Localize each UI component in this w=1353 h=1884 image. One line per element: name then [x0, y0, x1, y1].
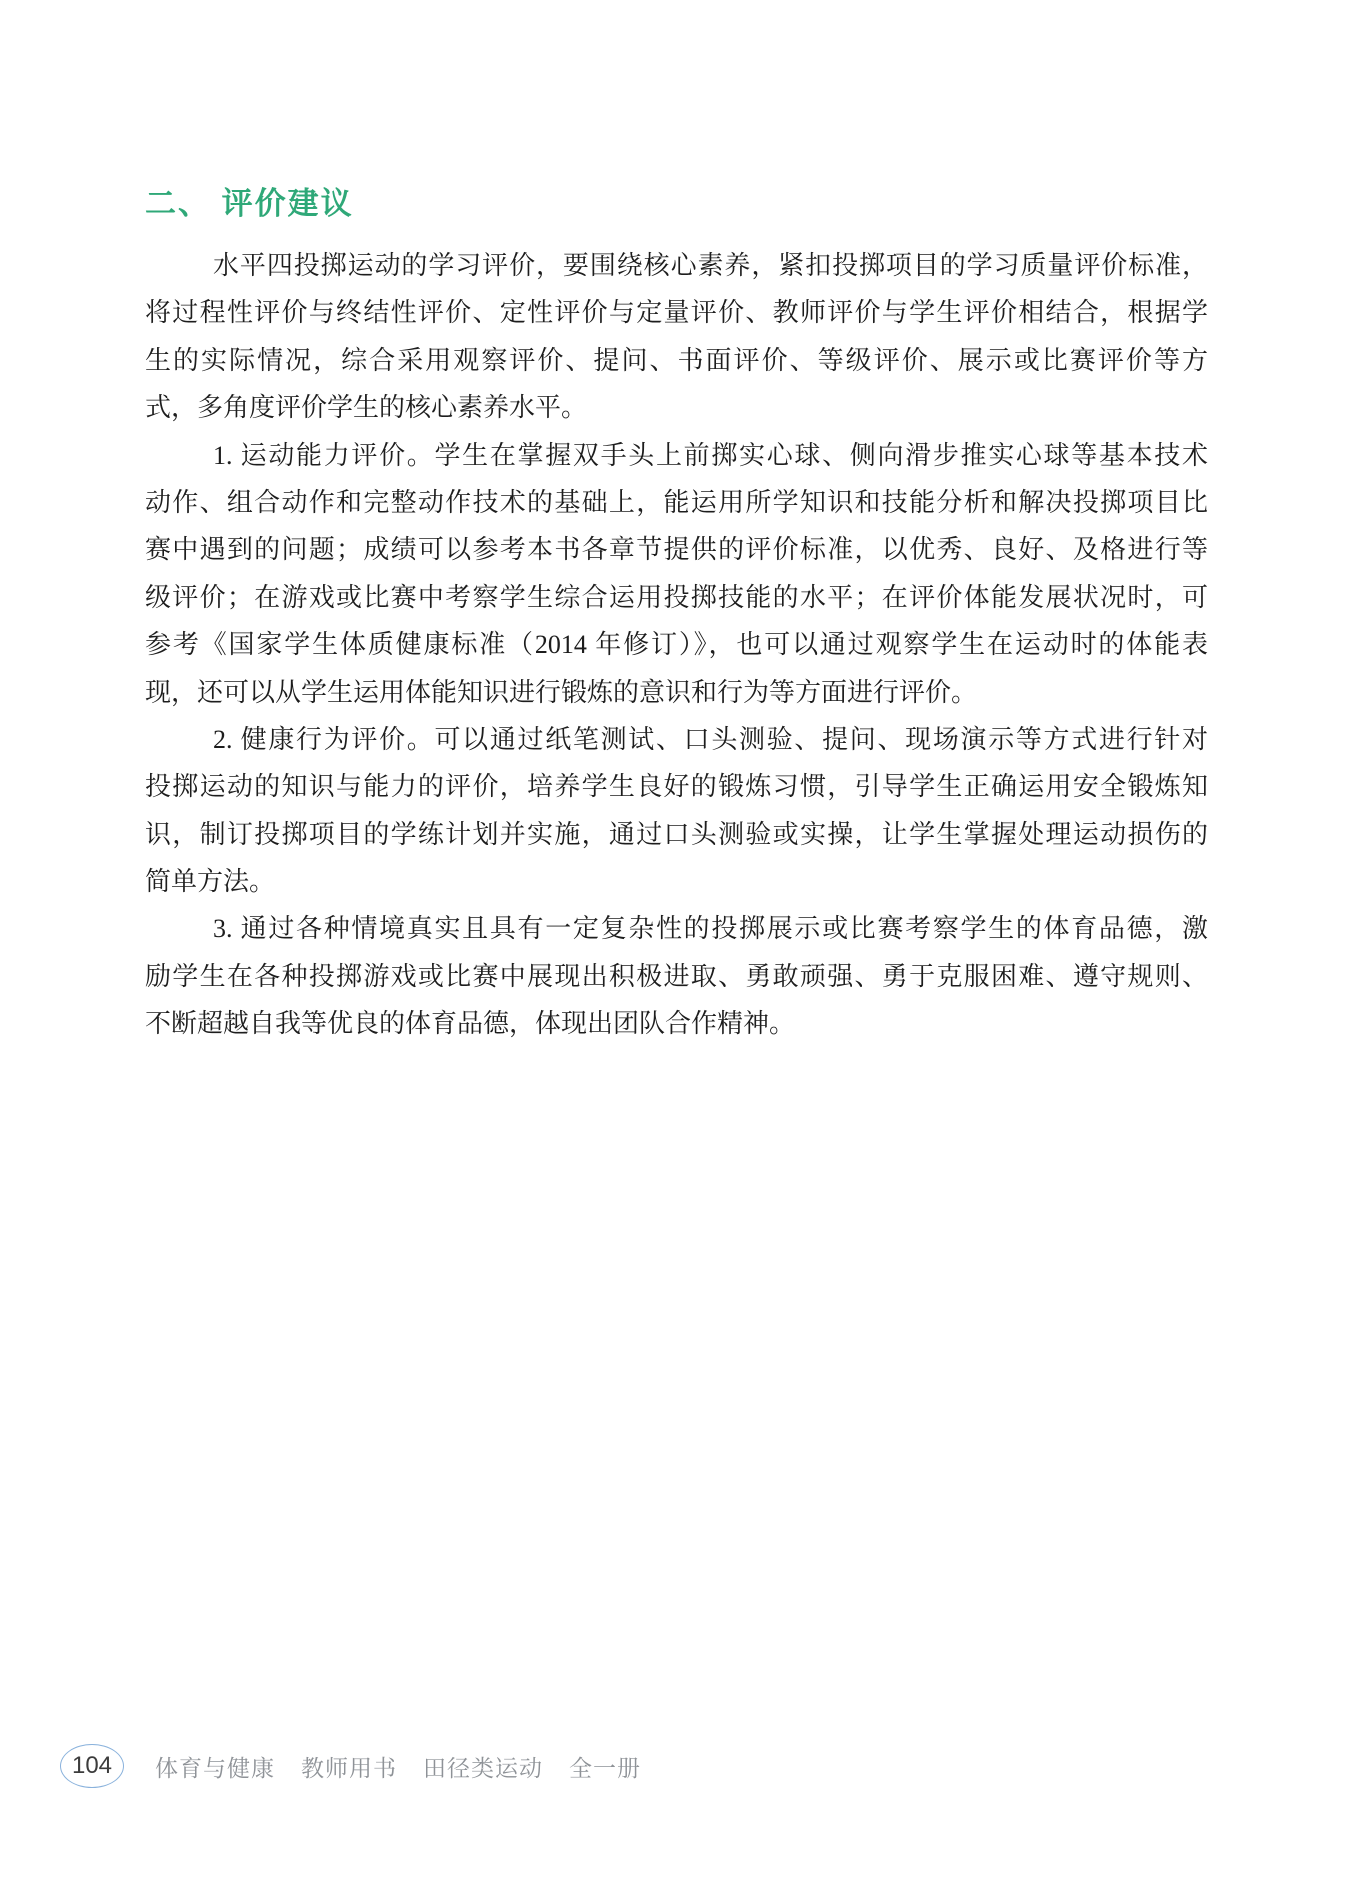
footer-book-title-segment: 体育与健康	[155, 1750, 275, 1783]
footer-book-title-segment: 全一册	[569, 1750, 641, 1783]
text-line: 2. 健康行为评价。可以通过纸笔测试、口头测验、提问、现场演示等方式进行针对	[145, 716, 1208, 763]
text-line: 励学生在各种投掷游戏或比赛中展现出积极进取、勇敢顽强、勇于克服困难、遵守规则、	[145, 953, 1208, 1000]
body-text: 水平四投掷运动的学习评价，要围绕核心素养，紧扣投掷项目的学习质量评价标准， 将过…	[145, 242, 1208, 1048]
text-line: 投掷运动的知识与能力的评价，培养学生良好的锻炼习惯，引导学生正确运用安全锻炼知	[145, 763, 1208, 810]
page-number: 104	[72, 1752, 112, 1780]
page-number-badge: 104	[60, 1744, 124, 1788]
section-heading: 二、 评价建议	[145, 186, 354, 222]
footer-book-title-segment: 田径类运动	[423, 1750, 543, 1783]
text-line: 参考《国家学生体质健康标准（2014 年修订）》，也可以通过观察学生在运动时的体…	[145, 621, 1208, 668]
text-line: 现，还可以从学生运用体能知识进行锻炼的意识和行为等方面进行评价。	[145, 669, 1208, 716]
text-line: 3. 通过各种情境真实且具有一定复杂性的投掷展示或比赛考察学生的体育品德，激	[145, 905, 1208, 952]
text-line: 1. 运动能力评价。学生在掌握双手头上前掷实心球、侧向滑步推实心球等基本技术	[145, 432, 1208, 479]
page-footer: 104 体育与健康 教师用书 田径类运动 全一册	[0, 1744, 1353, 1788]
page: 二、 评价建议 水平四投掷运动的学习评价，要围绕核心素养，紧扣投掷项目的学习质量…	[0, 0, 1353, 1884]
text-line: 将过程性评价与终结性评价、定性评价与定量评价、教师评价与学生评价相结合，根据学	[145, 289, 1208, 336]
text-line: 简单方法。	[145, 858, 1208, 905]
text-line: 级评价；在游戏或比赛中考察学生综合运用投掷技能的水平；在评价体能发展状况时，可	[145, 574, 1208, 621]
text-line: 动作、组合动作和完整动作技术的基础上，能运用所学知识和技能分析和解决投掷项目比	[145, 479, 1208, 526]
footer-book-title-segment: 教师用书	[301, 1750, 397, 1783]
text-line: 识，制订投掷项目的学练计划并实施，通过口头测验或实操，让学生掌握处理运动损伤的	[145, 811, 1208, 858]
footer-book-title: 体育与健康 教师用书 田径类运动 全一册	[155, 1744, 641, 1788]
text-line: 不断超越自我等优良的体育品德，体现出团队合作精神。	[145, 1000, 1208, 1047]
text-line: 生的实际情况，综合采用观察评价、提问、书面评价、等级评价、展示或比赛评价等方	[145, 337, 1208, 384]
text-line: 式，多角度评价学生的核心素养水平。	[145, 384, 1208, 431]
text-line: 水平四投掷运动的学习评价，要围绕核心素养，紧扣投掷项目的学习质量评价标准，	[145, 242, 1208, 289]
text-line: 赛中遇到的问题；成绩可以参考本书各章节提供的评价标准，以优秀、良好、及格进行等	[145, 526, 1208, 573]
